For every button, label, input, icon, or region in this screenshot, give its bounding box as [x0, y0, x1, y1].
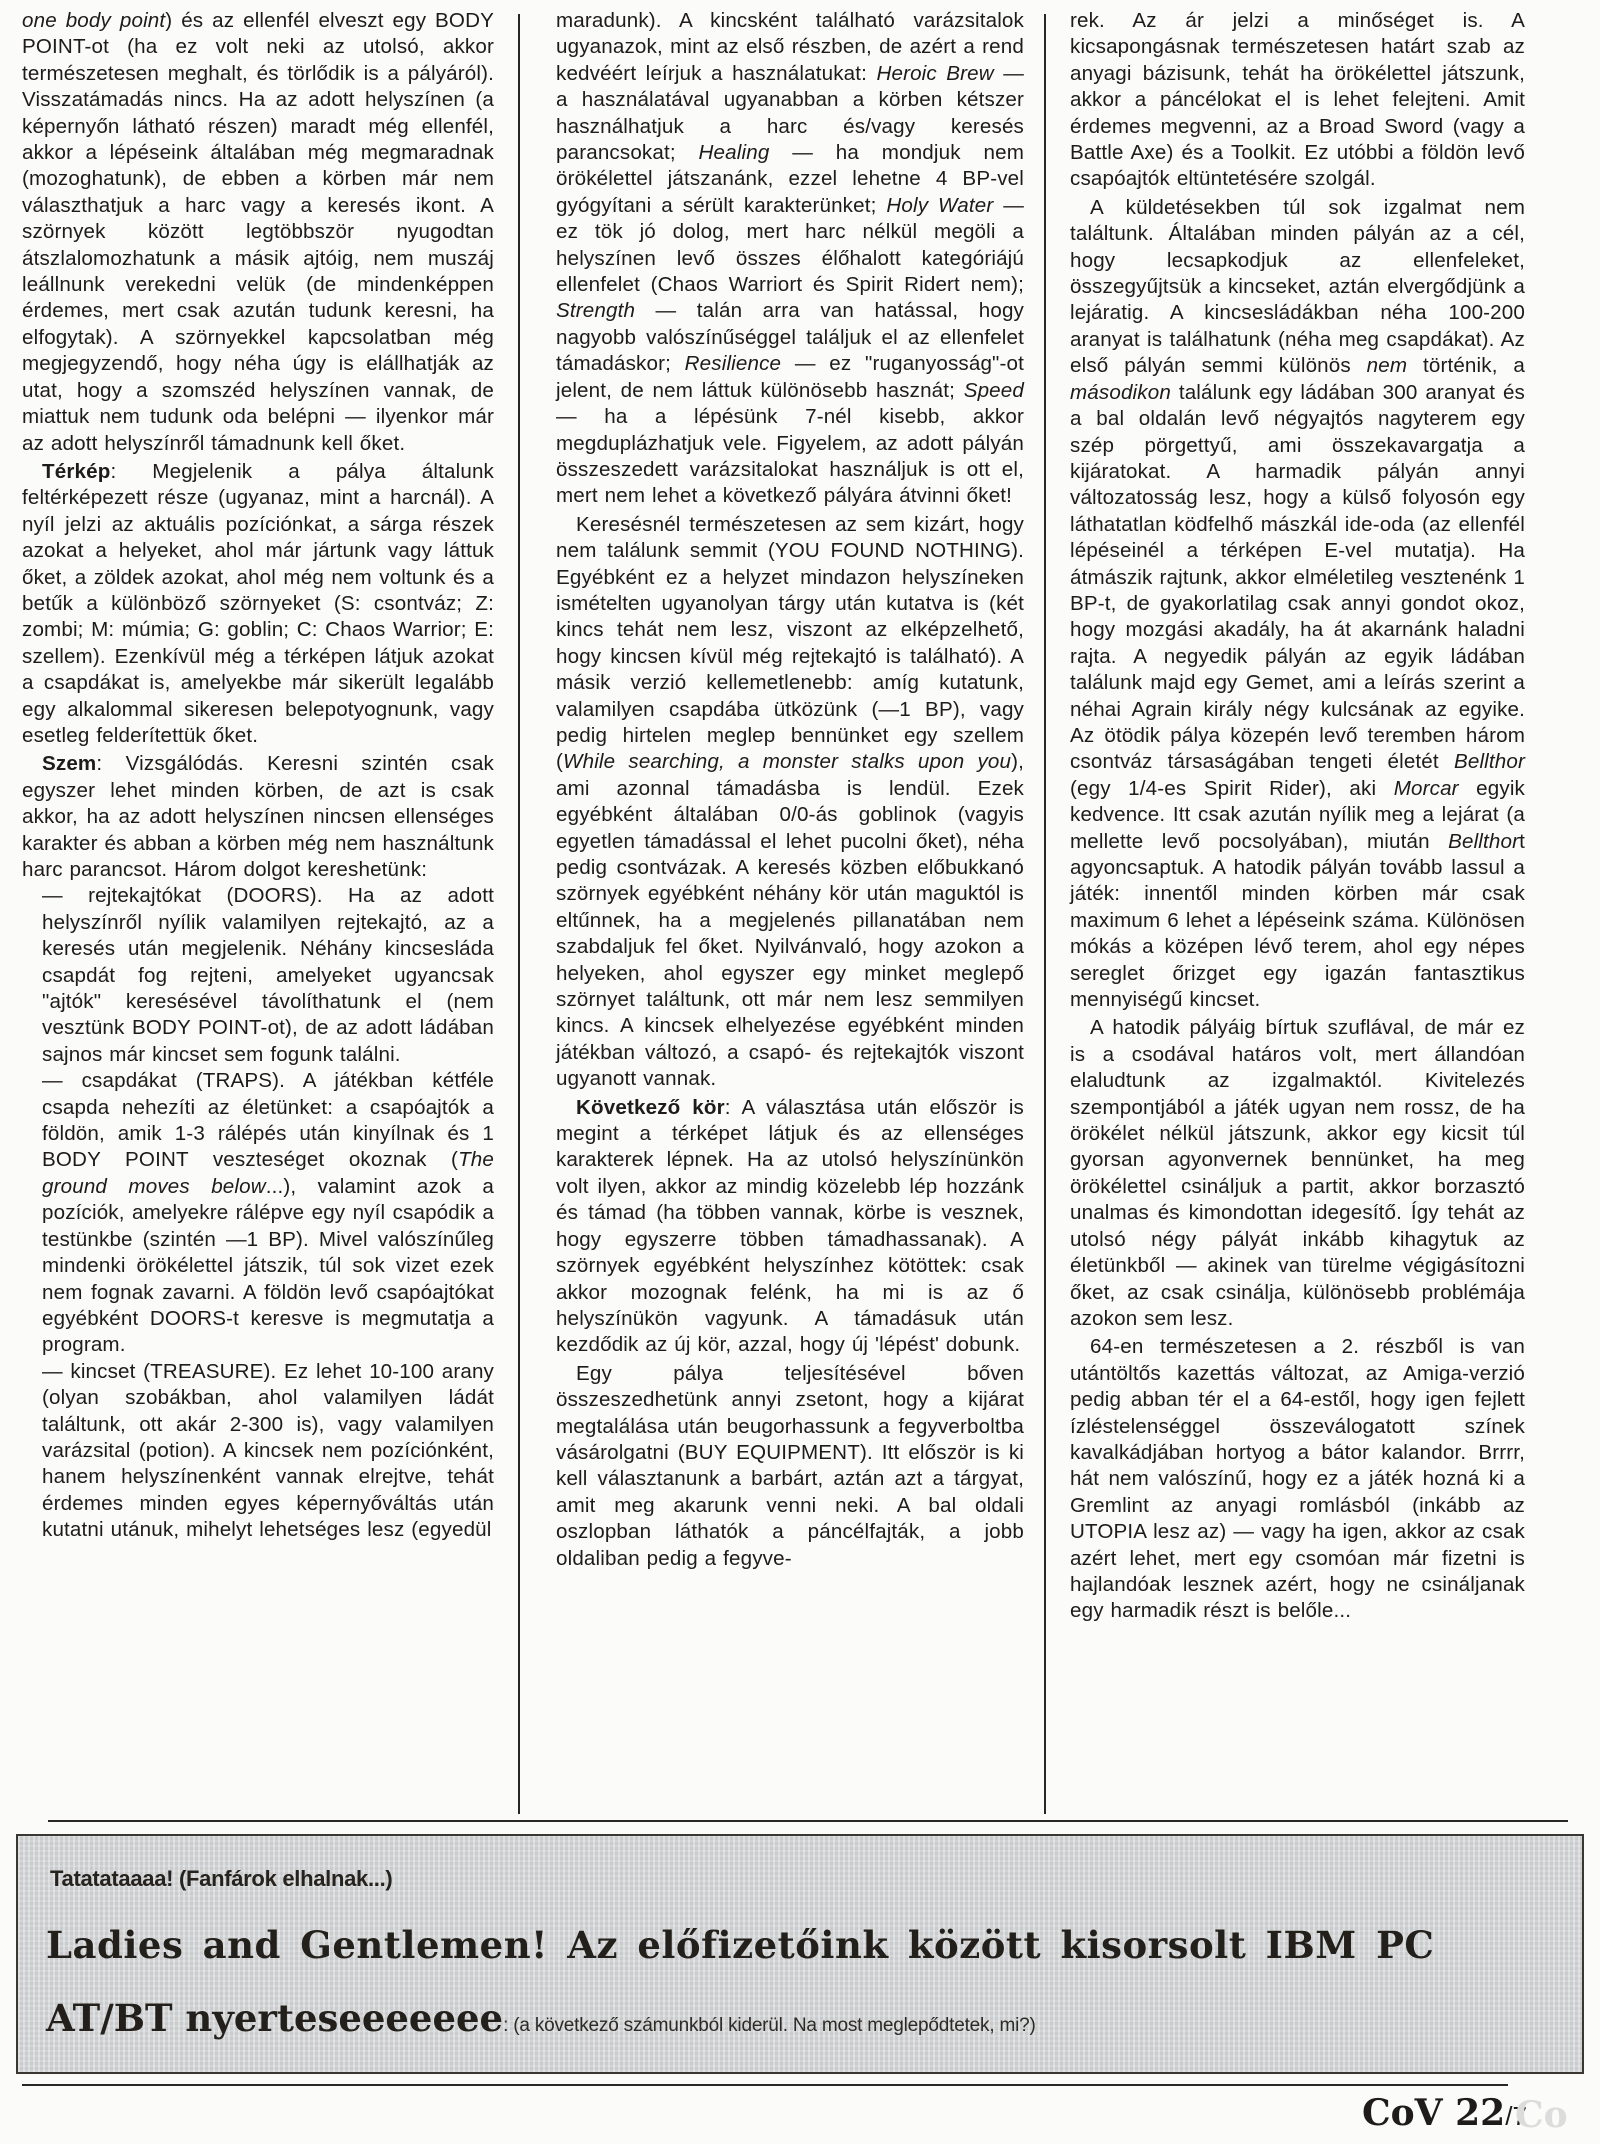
paragraph-potions: maradunk). A kincsként található varázsi…: [556, 8, 1024, 510]
paragraph-shop: Egy pálya teljesítésével bőven összeszed…: [556, 1361, 1024, 1572]
magazine-page: one body point) és az ellenfél elveszt e…: [0, 0, 1600, 2144]
paragraph-verdict: A hatodik pályáig bírtuk szuflával, de m…: [1070, 1015, 1525, 1332]
page-footer: CoV 22/7: [1362, 2092, 1527, 2134]
bleed-through-text: Co: [1515, 2094, 1568, 2136]
paragraph-search: Keresésnél természetesen az sem kizárt, …: [556, 512, 1024, 1093]
section-label-next-round: Következő kör: [576, 1096, 725, 1119]
announcement-headline: Ladies and Gentlemen! Az előfizetőink kö…: [46, 1922, 1562, 1968]
announcement-line2: AT/BT nyerteseeeeeee: (a következő számu…: [46, 1996, 1562, 2040]
paragraph-next-round: Következő kör: A választása után először…: [556, 1095, 1024, 1359]
announcement-note: : (a következő számunkból kiderül. Na mo…: [503, 2015, 1036, 2036]
section-label-terkep: Térkép: [42, 460, 110, 483]
paragraph: one body point) és az ellenfél elveszt e…: [22, 8, 494, 457]
horizontal-rule: [48, 1820, 1568, 1822]
article-column-2: maradunk). A kincsként található varázsi…: [556, 8, 1024, 1572]
announcement-box: Tatatataaaa! (Fanfárok elhalnak...) Ladi…: [16, 1834, 1584, 2074]
horizontal-rule: [22, 2084, 1508, 2086]
article-column-1: one body point) és az ellenfél elveszt e…: [22, 8, 494, 1544]
announcement-winner-text: AT/BT nyerteseeeeeee: [46, 1996, 503, 2040]
announcement-kicker: Tatatataaaa! (Fanfárok elhalnak...): [50, 1866, 392, 1892]
magazine-issue: CoV 22: [1362, 2092, 1505, 2134]
column-divider: [518, 14, 520, 1814]
column-divider: [1044, 14, 1046, 1814]
list-item-treasure: — kincset (TREASURE). Ez lehet 10-100 ar…: [22, 1359, 494, 1544]
paragraph-terkep: Térkép: Megjelenik a pálya általunk felt…: [22, 459, 494, 749]
paragraph-szem: Szem: Vizsgálódás. Keresni szintén csak …: [22, 751, 494, 883]
italic-phrase: one body point: [22, 9, 165, 32]
article-column-3: rek. Az ár jelzi a minőséget is. A kicsa…: [1070, 8, 1525, 1625]
paragraph-versions: 64-en természetesen a 2. részből is van …: [1070, 1334, 1525, 1624]
paragraph-equipment: rek. Az ár jelzi a minőséget is. A kicsa…: [1070, 8, 1525, 193]
section-label-szem: Szem: [42, 752, 96, 775]
paragraph-missions: A küldetésekben túl sok izgalmat nem tal…: [1070, 195, 1525, 1014]
list-item-doors: — rejtekajtókat (DOORS). Ha az adott hel…: [22, 883, 494, 1068]
list-item-traps: — csapdákat (TRAPS). A játékban kétféle …: [22, 1068, 494, 1358]
